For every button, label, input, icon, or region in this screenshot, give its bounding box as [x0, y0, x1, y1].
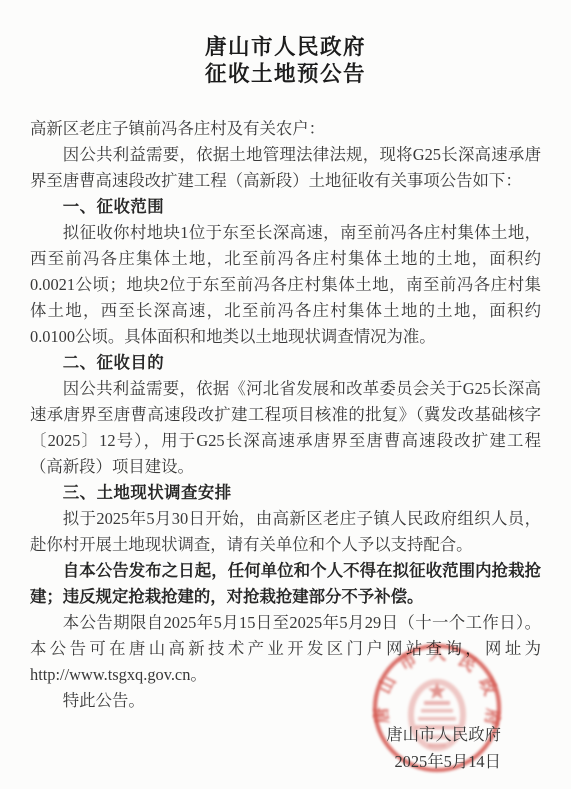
section-heading-scope: 一、征收范围 [30, 194, 541, 220]
paragraph-scope: 拟征收你村地块1位于东至长深高速，南至前冯各庄村集体土地，西至前冯各庄集体土地，… [30, 220, 541, 350]
paragraph-period: 本公告期限自2025年5月15日至2025年5月29日（十一个工作日）。本公告可… [30, 610, 541, 688]
signature-block: 唐山市人民政府 2025年5月14日 [30, 721, 541, 775]
signature-org: 唐山市人民政府 [30, 721, 501, 748]
paragraph-survey: 拟于2025年5月30日开始，由高新区老庄子镇人民政府组织人员，赴你村开展土地现… [30, 506, 541, 558]
paragraph-purpose: 因公共利益需要，依据《河北省发展和改革委员会关于G25长深高速承唐界至唐曹高速段… [30, 376, 541, 480]
paragraph-intro: 因公共利益需要，依据土地管理法律法规，现将G25长深高速承唐界至唐曹高速段改扩建… [30, 142, 541, 194]
title-line-2: 征收土地预公告 [30, 61, 541, 88]
section-heading-survey: 三、土地现状调查安排 [30, 480, 541, 506]
announcement-document: 唐山市人民政府 征收土地预公告 高新区老庄子镇前冯各庄村及有关农户： 因公共利益… [0, 0, 571, 789]
paragraph-warning: 自本公告发布之日起，任何单位和个人不得在拟征收范围内抢栽抢建；违反规定抢栽抢建的… [30, 558, 541, 610]
paragraph-closing: 特此公告。 [30, 688, 541, 714]
document-body: 高新区老庄子镇前冯各庄村及有关农户： 因公共利益需要，依据土地管理法律法规，现将… [30, 116, 541, 714]
signature-date: 2025年5月14日 [30, 748, 501, 775]
document-title: 唐山市人民政府 征收土地预公告 [30, 34, 541, 88]
section-heading-purpose: 二、征收目的 [30, 350, 541, 376]
salutation: 高新区老庄子镇前冯各庄村及有关农户： [30, 116, 541, 142]
title-line-1: 唐山市人民政府 [30, 34, 541, 61]
